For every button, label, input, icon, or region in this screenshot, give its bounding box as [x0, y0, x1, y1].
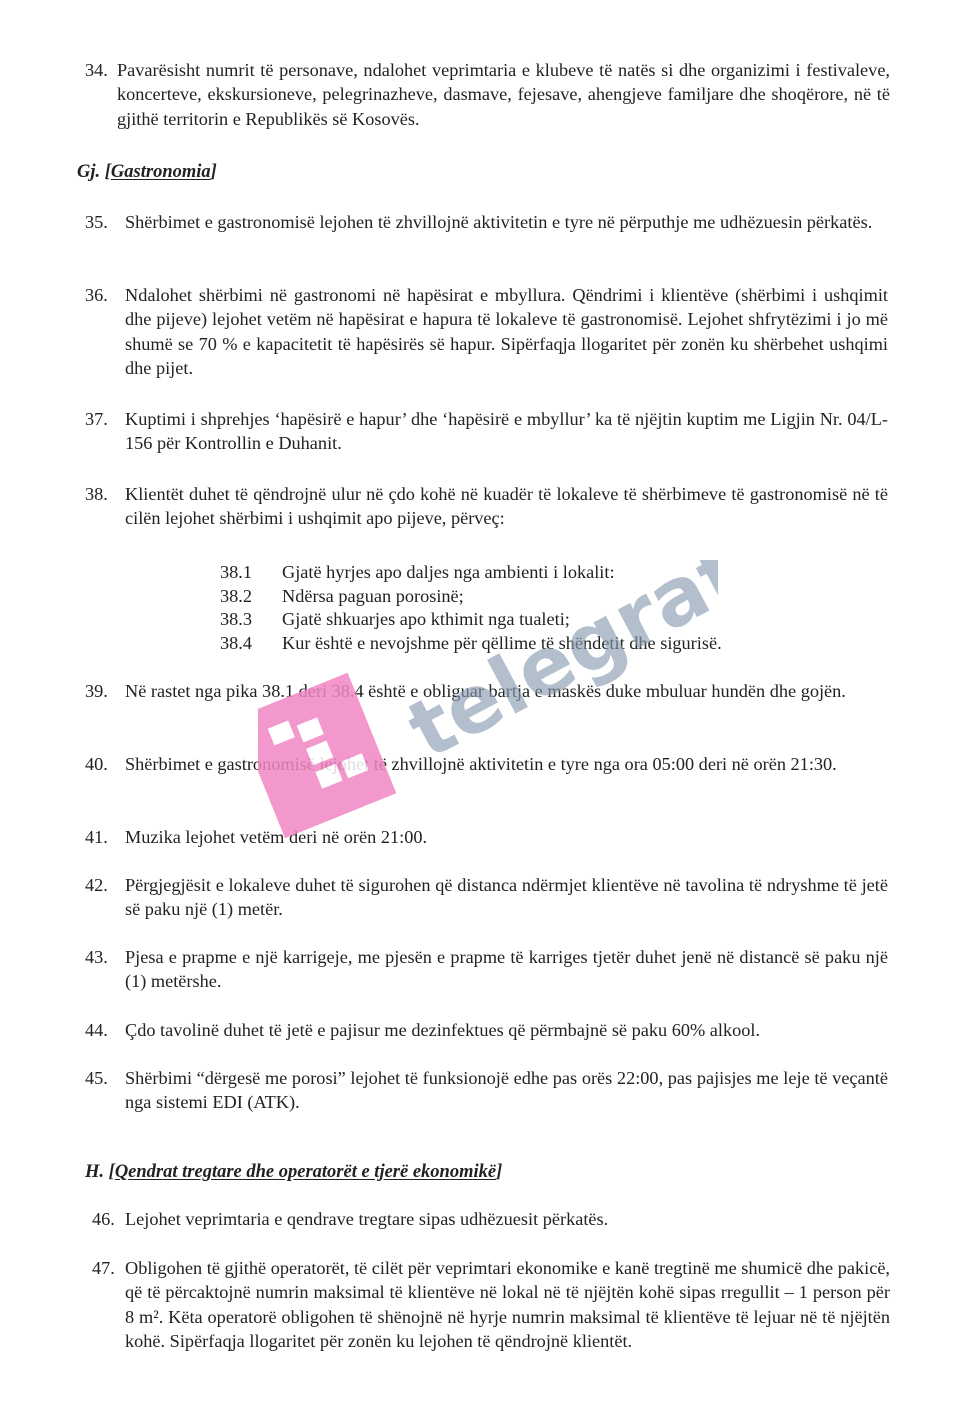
item-number: 40.: [85, 752, 108, 776]
sub-item-number: 38.3: [220, 607, 252, 631]
item-text: Klientët duhet të qëndrojnë ulur në çdo …: [125, 482, 888, 531]
item-number: 47.: [92, 1256, 115, 1280]
document-page: 34. Pavarësisht numrit të personave, nda…: [0, 0, 980, 1421]
section-title: Gastronomia: [111, 162, 211, 182]
sub-item-number: 38.2: [220, 584, 252, 608]
sub-item-number: 38.1: [220, 560, 252, 584]
item-text: Shërbimi “dërgesë me porosi” lejohet të …: [125, 1066, 888, 1115]
item-number: 39.: [85, 679, 108, 703]
item-number: 36.: [85, 283, 108, 307]
sub-item-text: Kur është e nevojshme për qëllime të shë…: [282, 631, 722, 655]
item-text: Pjesa e prapme e një karrigeje, me pjesë…: [125, 945, 888, 994]
item-text: Ndalohet shërbimi në gastronomi në hapës…: [125, 283, 888, 380]
item-number: 42.: [85, 873, 108, 897]
section-heading-gastronomia: Gj. [Gastronomia]: [77, 162, 217, 183]
sub-item-text: Gjatë shkuarjes apo kthimit nga tualeti;: [282, 607, 570, 631]
sub-item-text: Ndërsa paguan porosinë;: [282, 584, 464, 608]
item-text: Muzika lejohet vetëm deri në orën 21:00.: [125, 825, 888, 849]
item-number: 46.: [92, 1207, 115, 1231]
sub-item-text: Gjatë hyrjes apo daljes nga ambienti i l…: [282, 560, 615, 584]
item-number: 44.: [85, 1018, 108, 1042]
item-text: Përgjegjësit e lokaleve duhet të siguroh…: [125, 873, 888, 922]
item-text: Pavarësisht numrit të personave, ndalohe…: [117, 58, 890, 131]
item-text: Lejohet veprimtaria e qendrave tregtare …: [125, 1207, 888, 1231]
item-text: Kuptimi i shprehjes ‘hapësirë e hapur’ d…: [125, 407, 888, 456]
section-title: Qendrat tregtare dhe operatorët e tjerë …: [115, 1162, 496, 1182]
item-number: 35.: [85, 210, 108, 234]
item-number: 37.: [85, 407, 108, 431]
item-number: 41.: [85, 825, 108, 849]
item-text: Çdo tavolinë duhet të jetë e pajisur me …: [125, 1018, 888, 1042]
section-heading-qendrat-tregtare: H. [Qendrat tregtare dhe operatorët e tj…: [85, 1162, 502, 1183]
item-number: 43.: [85, 945, 108, 969]
item-text: Shërbimet e gastronomisë lejohen të zhvi…: [125, 210, 888, 234]
item-text: Obligohen të gjithë operatorët, të cilët…: [125, 1256, 890, 1353]
item-text: Shërbimet e gastronomisë lejohet të zhvi…: [125, 752, 888, 776]
item-number: 34.: [85, 58, 108, 82]
list-item-34: 34. Pavarësisht numrit të personave, nda…: [85, 58, 890, 138]
item-number: 45.: [85, 1066, 108, 1090]
item-number: 38.: [85, 482, 108, 506]
item-text: Në rastet nga pika 38.1 deri 38.4 është …: [125, 679, 888, 703]
sub-item-number: 38.4: [220, 631, 252, 655]
